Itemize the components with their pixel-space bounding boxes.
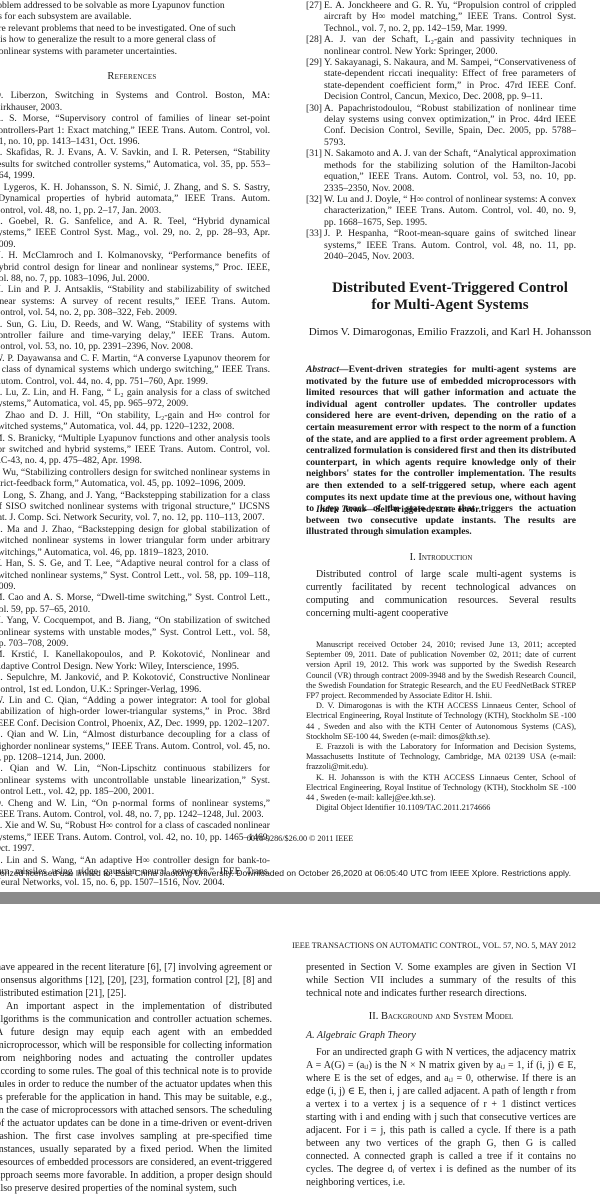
index-terms: Index Terms—Self-triggered, state error. xyxy=(316,504,576,515)
reference-item: R. Goebel, R. G. Sanfelice, and A. R. Te… xyxy=(0,216,270,250)
reference-number: [28] xyxy=(306,34,322,45)
reference-item: [28]A. J. van der Schaft, L₂-gain and pa… xyxy=(306,34,576,57)
reference-number: [27] xyxy=(306,0,322,11)
footnotes: Manuscript received October 24, 2010; re… xyxy=(306,640,576,813)
reference-item: J. Lygeros, K. H. Johansson, S. N. Simić… xyxy=(0,182,270,216)
body-paragraph: An important aspect in the implementatio… xyxy=(0,1000,272,1195)
reference-item: W. P. Dayawansa and C. F. Martin, “A con… xyxy=(0,353,270,387)
body-paragraph: presented in Section V. Some examples ar… xyxy=(306,961,576,1000)
body-paragraph: have appeared in the recent literature [… xyxy=(0,961,272,1000)
conclusion-paragraph: roblem addressed to be solvable as more … xyxy=(0,0,270,57)
reference-item: M. Krstić, I. Kanellakopoulos, and P. Ko… xyxy=(0,649,270,672)
paper-title-line: for Multi-Agent Systems xyxy=(300,297,600,314)
footnote-author-dimarogonas: D. V. Dimarogonas is with the KTH ACCESS… xyxy=(306,701,576,742)
reference-item: [30]A. Papachristodoulou, “Robust stabil… xyxy=(306,103,576,149)
conclusion-line: are relevant problems that need to be in… xyxy=(0,23,270,34)
reference-item: J. Wu, “Stabilizing controllers design f… xyxy=(0,467,270,490)
reference-item: [27]E. A. Jonckheere and G. R. Yu, “Prop… xyxy=(306,0,576,34)
page2-right-column: presented in Section V. Some examples ar… xyxy=(306,961,576,1189)
reference-item: M. S. Branicky, “Multiple Lyapunov funct… xyxy=(0,433,270,467)
reference-item: C. Qian and W. Lin, “Non-Lipschitz conti… xyxy=(0,763,270,797)
page1-right-column-references: [27]E. A. Jonckheere and G. R. Yu, “Prop… xyxy=(306,0,576,262)
license-notice: orized licensed use limited to: East Chi… xyxy=(0,868,571,878)
reference-number: [30] xyxy=(306,103,322,114)
reference-item: Z. Skafidas, R. J. Evans, A. V. Savkin, … xyxy=(0,147,270,181)
reference-item: [33]J. P. Hespanha, “Root-mean-square ga… xyxy=(306,228,576,262)
reference-item: D. Cheng and W. Lin, “On p-normal forms … xyxy=(0,798,270,821)
running-header: IEEE TRANSACTIONS ON AUTOMATIC CONTROL, … xyxy=(292,941,576,950)
reference-text: A. Papachristodoulou, “Robust stabilizat… xyxy=(324,103,576,148)
reference-number: [29] xyxy=(306,57,322,68)
references-list-left: D. Liberzon, Switching in Systems and Co… xyxy=(0,90,270,888)
reference-item: D. Liberzon, Switching in Systems and Co… xyxy=(0,90,270,113)
reference-number: [31] xyxy=(306,148,322,159)
subsection-heading: A. Algebraic Graph Theory xyxy=(306,1029,576,1042)
conclusion-line: es for each subsystem are available. xyxy=(0,11,270,22)
footnote-manuscript: Manuscript received October 24, 2010; re… xyxy=(306,640,576,701)
reference-item: M. Cao and A. S. Morse, “Dwell-time swit… xyxy=(0,592,270,615)
reference-text: A. J. van der Schaft, L₂-gain and passiv… xyxy=(324,34,576,56)
paper-title: Distributed Event-Triggered Control for … xyxy=(300,280,600,314)
reference-item: Z. Sun, G. Liu, D. Reeds, and W. Wang, “… xyxy=(0,319,270,353)
reference-text: J. P. Hespanha, “Root-mean-square gains … xyxy=(324,228,576,262)
reference-item: L. Lu, Z. Lin, and H. Fang, “ L₂ gain an… xyxy=(0,387,270,410)
paper-title-line: Distributed Event-Triggered Control xyxy=(300,280,600,297)
reference-item: [29]Y. Sakayanagi, S. Nakaura, and M. Sa… xyxy=(306,57,576,103)
reference-item: N. H. McClamroch and I. Kolmanovsky, “Pe… xyxy=(0,250,270,284)
reference-item: J. Zhao and D. J. Hill, “On stability, L… xyxy=(0,410,270,433)
document-page-2: IEEE TRANSACTIONS ON AUTOMATIC CONTROL, … xyxy=(0,904,600,1196)
introduction-heading: I. Introduction xyxy=(306,552,576,563)
reference-number: [32] xyxy=(306,194,322,205)
paper-authors: Dimos V. Dimarogonas, Emilio Frazzoli, a… xyxy=(300,326,600,338)
index-terms-text: Self-triggered, state error. xyxy=(375,504,481,515)
body-paragraph: For an undirected graph G with N vertice… xyxy=(306,1046,576,1189)
reference-item: Y. Han, S. S. Ge, and T. Lee, “Adaptive … xyxy=(0,558,270,592)
reference-item: H. Lin and P. J. Antsaklis, “Stability a… xyxy=(0,284,270,318)
abstract-label: Abstract— xyxy=(306,364,349,375)
reference-item: H. Yang, V. Cocquempot, and B. Jiang, “O… xyxy=(0,615,270,649)
references-heading: References xyxy=(0,71,270,82)
footnote-author-johansson: K. H. Johansson is with the KTH ACCESS L… xyxy=(306,773,576,804)
reference-text: W. Lu and J. Doyle, “ H∞ control of nonl… xyxy=(324,194,576,228)
reference-item: W. Lin and C. Qian, “Adding a power inte… xyxy=(0,695,270,729)
conclusion-line: nonlinear systems with parameter uncerta… xyxy=(0,46,270,57)
reference-item: [31]N. Sakamoto and A. J. van der Schaft… xyxy=(306,148,576,194)
document-page-1: roblem addressed to be solvable as more … xyxy=(0,0,600,892)
page1-left-column: roblem addressed to be solvable as more … xyxy=(0,0,270,889)
conclusion-line: s is how to generalize the result to a m… xyxy=(0,34,270,45)
reference-item: R. Sepulchre, M. Janković, and P. Kokoto… xyxy=(0,672,270,695)
reference-text: Y. Sakayanagi, S. Nakaura, and M. Sampei… xyxy=(324,57,576,102)
copyright-notice: 0018-9286/$26.00 © 2011 IEEE xyxy=(0,834,600,843)
footnote-author-frazzoli: E. Frazzoli is with the Laboratory for I… xyxy=(306,742,576,773)
reference-item: [32]W. Lu and J. Doyle, “ H∞ control of … xyxy=(306,194,576,228)
reference-text: N. Sakamoto and A. J. van der Schaft, “A… xyxy=(324,148,576,193)
introduction-paragraph: Distributed control of large scale multi… xyxy=(306,568,576,620)
reference-number: [33] xyxy=(306,228,322,239)
page2-left-column: have appeared in the recent literature [… xyxy=(0,961,272,1195)
reference-item: R. Ma and J. Zhao, “Backstepping design … xyxy=(0,524,270,558)
reference-item: J. Long, S. Zhang, and J. Yang, “Backste… xyxy=(0,490,270,524)
footnote-doi: Digital Object Identifier 10.1109/TAC.20… xyxy=(306,803,576,813)
reference-item: C. Qian and W. Lin, “Almost disturbance … xyxy=(0,729,270,763)
conclusion-line: roblem addressed to be solvable as more … xyxy=(0,0,270,11)
page-separator xyxy=(0,892,600,904)
index-terms-label: Index Terms— xyxy=(316,504,375,515)
section-heading: II. Background and System Model xyxy=(306,1010,576,1023)
reference-text: E. A. Jonckheere and G. R. Yu, “Propulsi… xyxy=(324,0,576,34)
reference-item: A. S. Morse, “Supervisory control of fam… xyxy=(0,113,270,147)
